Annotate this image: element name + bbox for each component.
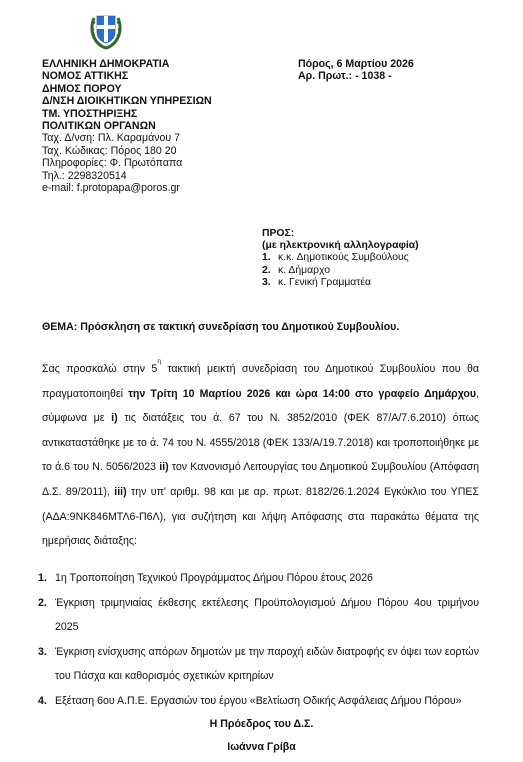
agenda-item: 3.Έγκριση ενίσχυσης απόρων δημοτών με τη…	[38, 640, 479, 689]
subject-line: ΘΕΜΑ: Πρόσκληση σε τακτική συνεδρίαση το…	[42, 321, 399, 333]
org-line: ΤΜ. ΥΠΟΣΤΗΡΙΞΗΣ	[42, 108, 212, 120]
agenda-list: 1.1η Τροποποίηση Τεχνικού Προγράμματος Δ…	[38, 566, 479, 714]
recipient-item: 3.κ. Γενική Γραμματέα	[262, 277, 419, 289]
recipient-item: 2.κ. Δήμαρχο	[262, 265, 419, 277]
signatory-role: Η Πρόεδρος του Δ.Σ.	[0, 718, 523, 730]
agenda-item: 1.1η Τροποποίηση Τεχνικού Προγράμματος Δ…	[38, 566, 479, 591]
meeting-datetime: την Τρίτη 10 Μαρτίου 2026 και ώρα 14:00 …	[128, 388, 476, 400]
agenda-item: 2.Έγκριση τριμηνιαίας έκθεσης εκτέλεσης …	[38, 591, 479, 640]
invitation-body: Σας προσκαλώ στην 5η τακτική μεικτή συνε…	[42, 357, 479, 554]
org-line: ΠΟΛΙΤΙΚΩΝ ΟΡΓΑΝΩΝ	[42, 120, 212, 132]
contact-line: Ταχ. Δ/νση: Πλ. Καραμάνου 7	[42, 132, 212, 144]
issuer-block: ΕΛΛΗΝΙΚΗ ΔΗΜΟΚΡΑΤΙΑ ΝΟΜΟΣ ΑΤΤΙΚΗΣ ΔΗΜΟΣ …	[42, 58, 212, 194]
recipients-block: ΠΡΟΣ: (με ηλεκτρονική αλληλογραφία) 1.κ.…	[262, 228, 419, 289]
recipients-title: ΠΡΟΣ:	[262, 228, 419, 240]
recipient-item: 1.κ.κ. Δημοτικούς Συμβούλους	[262, 252, 419, 264]
agenda-item: 4.Εξέταση 6ου Α.Π.Ε. Εργασιών του έργου …	[38, 689, 479, 714]
org-line: ΕΛΛΗΝΙΚΗ ΔΗΜΟΚΡΑΤΙΑ	[42, 58, 212, 70]
date-protocol-block: Πόρος, 6 Μαρτίου 2026 Αρ. Πρωτ.: - 1038 …	[298, 58, 414, 83]
org-line: ΔΗΜΟΣ ΠΟΡΟΥ	[42, 83, 212, 95]
email-link[interactable]: e-mail: f.protopapa@poros.gr	[42, 182, 212, 194]
recipients-method: (με ηλεκτρονική αλληλογραφία)	[262, 240, 419, 252]
place-date: Πόρος, 6 Μαρτίου 2026	[298, 58, 414, 70]
org-line: Δ/ΝΣΗ ΔΙΟΙΚΗΤΙΚΩΝ ΥΠΗΡΕΣΙΩΝ	[42, 95, 212, 107]
protocol-number: Αρ. Πρωτ.: - 1038 -	[298, 70, 414, 82]
signatory-name: Ιωάννα Γρίβα	[0, 741, 523, 753]
contact-line: Ταχ. Κώδικας: Πόρος 180 20	[42, 145, 212, 157]
contact-line: Τηλ.: 2298320514	[42, 170, 212, 182]
org-line: ΝΟΜΟΣ ΑΤΤΙΚΗΣ	[42, 70, 212, 82]
contact-line: Πληροφορίες: Φ. Πρωτόπαπα	[42, 157, 212, 169]
greek-coat-of-arms-icon	[88, 10, 124, 50]
